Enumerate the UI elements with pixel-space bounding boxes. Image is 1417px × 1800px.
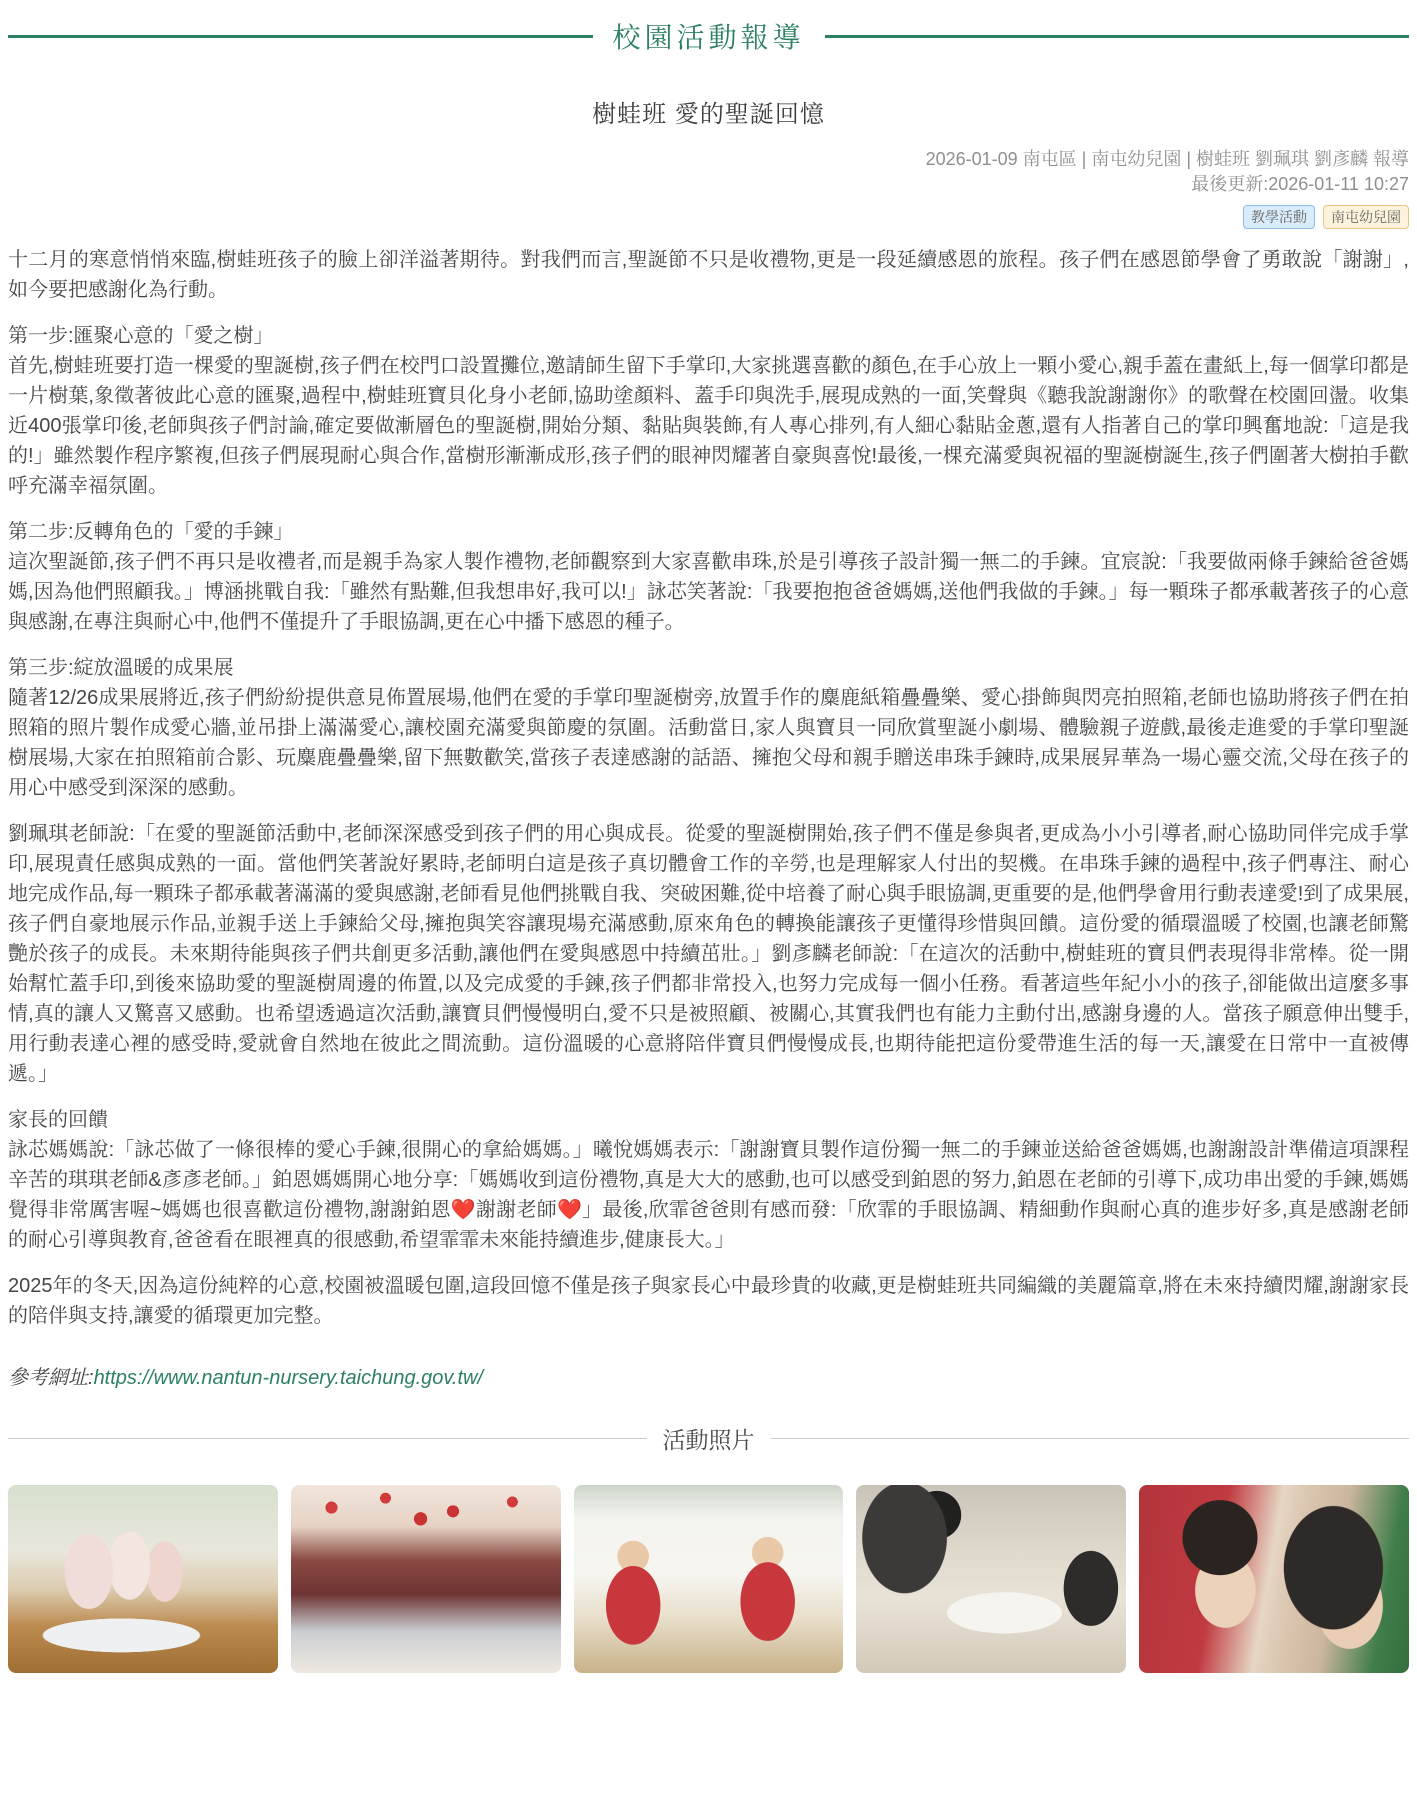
- paragraph: 劉珮琪老師說:「在愛的聖誕節活動中,老師深深感受到孩子們的用心與成長。從愛的聖誕…: [8, 819, 1409, 1089]
- photos-rule-left: [8, 1438, 647, 1439]
- photo-strip: [8, 1485, 1409, 1673]
- section-heading: 第三步:綻放溫暖的成果展: [8, 653, 1409, 683]
- section-heading: 第二步:反轉角色的「愛的手鍊」: [8, 517, 1409, 547]
- photo-thumbnail-2[interactable]: [291, 1485, 561, 1673]
- paragraph: 十二月的寒意悄悄來臨,樹蛙班孩子的臉上卻洋溢著期待。對我們而言,聖誕節不只是收禮…: [8, 245, 1409, 305]
- page: 校園活動報導 樹蛙班 愛的聖誕回憶 2026-01-09 南屯區 | 南屯幼兒園…: [0, 0, 1417, 1673]
- photos-section-title: 活動照片: [663, 1422, 755, 1455]
- tag-2[interactable]: 南屯幼兒園: [1323, 205, 1409, 229]
- banner-title: 校園活動報導: [613, 16, 805, 56]
- tag-list: 教學活動南屯幼兒園: [8, 205, 1409, 229]
- tag-1[interactable]: 教學活動: [1243, 205, 1315, 229]
- section-heading: 第一步:匯聚心意的「愛之樹」: [8, 321, 1409, 351]
- article-body: 十二月的寒意悄悄來臨,樹蛙班孩子的臉上卻洋溢著期待。對我們而言,聖誕節不只是收禮…: [8, 245, 1409, 1331]
- photo-thumbnail-1[interactable]: [8, 1485, 278, 1673]
- photo-thumbnail-3[interactable]: [574, 1485, 844, 1673]
- banner-rule-right: [825, 35, 1410, 38]
- article-meta: 2026-01-09 南屯區 | 南屯幼兒園 | 樹蛙班 劉珮琪 劉彥麟 報導 …: [8, 147, 1409, 229]
- photos-rule-right: [771, 1438, 1410, 1439]
- report-banner: 校園活動報導: [8, 0, 1409, 56]
- paragraph: 2025年的冬天,因為這份純粹的心意,校園被溫暖包圍,這段回憶不僅是孩子與家長心…: [8, 1271, 1409, 1331]
- paragraph: 隨著12/26成果展將近,孩子們紛紛提供意見佈置展場,他們在愛的手掌印聖誕樹旁,…: [8, 683, 1409, 803]
- meta-updated: 最後更新:2026-01-11 10:27: [8, 172, 1409, 197]
- reference-link[interactable]: https://www.nantun-nursery.taichung.gov.…: [94, 1367, 483, 1389]
- banner-rule-left: [8, 35, 593, 38]
- article-title: 樹蛙班 愛的聖誕回憶: [8, 94, 1409, 129]
- photos-section-header: 活動照片: [8, 1422, 1409, 1455]
- section-heading: 家長的回饋: [8, 1105, 1409, 1135]
- paragraph: 首先,樹蛙班要打造一棵愛的聖誕樹,孩子們在校門口設置攤位,邀請師生留下手掌印,大…: [8, 351, 1409, 501]
- paragraph: 詠芯媽媽說:「詠芯做了一條很棒的愛心手鍊,很開心的拿給媽媽。」曦悅媽媽表示:「謝…: [8, 1135, 1409, 1255]
- paragraph: 這次聖誕節,孩子們不再只是收禮者,而是親手為家人製作禮物,老師觀察到大家喜歡串珠…: [8, 547, 1409, 637]
- reference-line: 參考網址:https://www.nantun-nursery.taichung…: [8, 1361, 1409, 1390]
- photo-thumbnail-4[interactable]: [856, 1485, 1126, 1673]
- reference-label: 參考網址:: [8, 1367, 94, 1389]
- photo-thumbnail-5[interactable]: [1139, 1485, 1409, 1673]
- meta-byline: 2026-01-09 南屯區 | 南屯幼兒園 | 樹蛙班 劉珮琪 劉彥麟 報導: [8, 147, 1409, 172]
